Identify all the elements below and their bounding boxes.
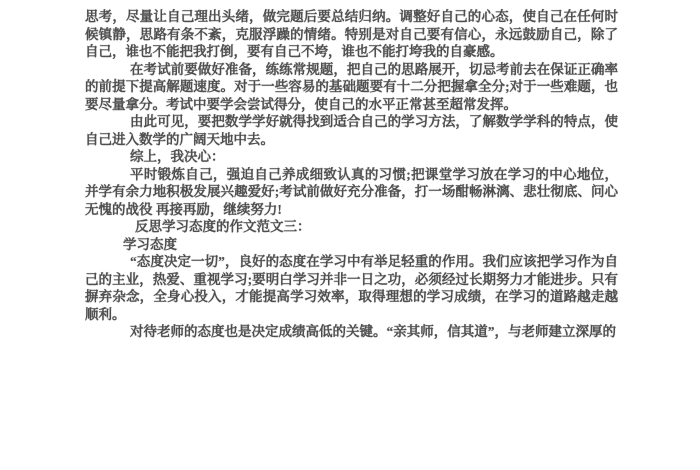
body-paragraph-continued: 思考，尽量让自己理出头绪，做完题后要总结归纳。调整好自己的心态，使自己在任何时候… [85, 8, 618, 61]
document-page: 思考，尽量让自己理出头绪，做完题后要总结归纳。调整好自己的心态，使自己在任何时候… [0, 0, 700, 470]
body-paragraph-conclusion: 由此可见，要把数学学好就得找到适合自己的学习方法，了解数学学科的特点，使自己进入… [85, 113, 618, 148]
body-paragraph-teacher-cutoff: 对待老师的态度也是决定成绩高低的关键。“亲其师，信其道”，与老师建立深厚的 [85, 323, 618, 341]
body-paragraph-resolutions: 平时锻炼自己，强迫自己养成细致认真的习惯;把课堂学习放在学习的中心地位，并学有余… [85, 166, 618, 219]
body-paragraph-resolve-lead: 综上，我决心： [85, 148, 618, 166]
body-paragraph-exam-prep: 在考试前要做好准备，练练常规题，把自己的思路展开，切忌考前去在保证正确率的前提下… [85, 61, 618, 114]
body-paragraph-attitude: “态度决定一切”，良好的态度在学习中有举足轻重的作用。我们应该把学习作为自己的主… [85, 253, 618, 323]
section-heading-essay-three: 反思学习态度的作文范文三： [85, 218, 618, 236]
essay-title: 学习态度 [85, 236, 618, 254]
document-content: 思考，尽量让自己理出头绪，做完题后要总结归纳。调整好自己的心态，使自己在任何时候… [0, 0, 700, 341]
